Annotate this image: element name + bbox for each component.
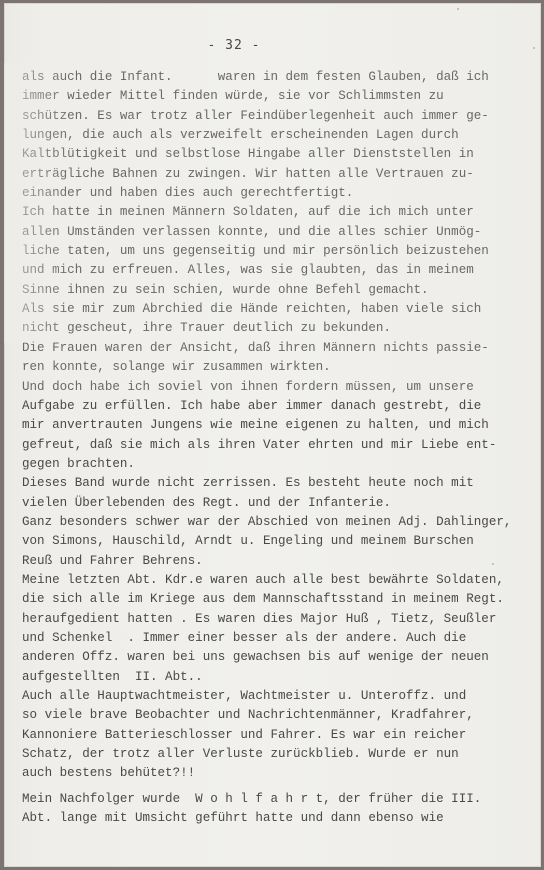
text-line: Ganz besonders schwer war der Abschied v… bbox=[22, 513, 532, 532]
text-line: erträgliche Bahnen zu zwingen. Wir hatte… bbox=[22, 165, 532, 184]
text-line: nicht gescheut, ihre Trauer deutlich zu … bbox=[22, 319, 532, 338]
text-line: Die Frauen waren der Ansicht, daß ihren … bbox=[22, 339, 532, 358]
text-line: Auch alle Hauptwachtmeister, Wachtmeiste… bbox=[22, 687, 532, 706]
text-line: Sinne ihnen zu sein schien, wurde ohne B… bbox=[22, 281, 532, 300]
text-line: aufgestellten II. Abt.. bbox=[22, 668, 532, 687]
text-line: mir anvertrauten Jungens wie meine eigen… bbox=[22, 416, 532, 435]
text-line: Reuß und Fahrer Behrens. bbox=[22, 552, 532, 571]
text-line: gegen brachten. bbox=[22, 455, 532, 474]
text-line: Mein Nachfolger wurde W o h l f a h r t,… bbox=[22, 790, 532, 809]
text-line: Als sie mir zum Abrchied die Hände reich… bbox=[22, 300, 532, 319]
text-line: ren konnte, solange wir zusammen wirkten… bbox=[22, 358, 532, 377]
text-line: so viele brave Beobachter und Nachrichte… bbox=[22, 706, 532, 725]
text-line: Meine letzten Abt. Kdr.e waren auch alle… bbox=[22, 571, 532, 590]
text-line: als auch die Infant. waren in dem festen… bbox=[22, 68, 532, 87]
text-line: einander und haben dies auch gerechtfert… bbox=[22, 184, 532, 203]
text-line: Kannoniere Batterieschlosser und Fahrer.… bbox=[22, 726, 532, 745]
text-line: vielen Überlebenden des Regt. und der In… bbox=[22, 494, 532, 513]
text-line: Aufgabe zu erfüllen. Ich habe aber immer… bbox=[22, 397, 532, 416]
text-line: Schatz, der trotz aller Verluste zurückb… bbox=[22, 745, 532, 764]
page-number: - 32 - bbox=[4, 38, 464, 53]
text-line: immer wieder Mittel finden würde, sie vo… bbox=[22, 87, 532, 106]
text-line: Und doch habe ich soviel von ihnen forde… bbox=[22, 378, 532, 397]
text-line: und mich zu erfreuen. Alles, was sie gla… bbox=[22, 261, 532, 280]
text-line: gefreut, daß sie mich als ihren Vater eh… bbox=[22, 436, 532, 455]
text-line: Kaltblütigkeit und selbstlose Hingabe al… bbox=[22, 145, 532, 164]
paper-speck bbox=[492, 563, 494, 565]
typewritten-body: als auch die Infant. waren in dem festen… bbox=[22, 68, 532, 828]
text-line: schützen. Es war trotz aller Feindüberle… bbox=[22, 107, 532, 126]
document-page: - 32 - als auch die Infant. waren in dem… bbox=[4, 3, 541, 867]
text-line: heraufgedient hatten . Es waren dies Maj… bbox=[22, 610, 532, 629]
text-line: von Simons, Hauschild, Arndt u. Engeling… bbox=[22, 532, 532, 551]
text-line: Dieses Band wurde nicht zerrissen. Es be… bbox=[22, 474, 532, 493]
text-line: liche taten, um uns gegenseitig und mir … bbox=[22, 242, 532, 261]
text-line: lungen, die auch als verzweifelt erschei… bbox=[22, 126, 532, 145]
text-line: allen Umständen verlassen konnte, und di… bbox=[22, 223, 532, 242]
text-line: die sich alle im Kriege aus dem Mannscha… bbox=[22, 590, 532, 609]
text-line: auch bestens behütet?!! bbox=[22, 764, 532, 783]
text-line: Abt. lange mit Umsicht geführt hatte und… bbox=[22, 809, 532, 828]
paper-speck bbox=[457, 8, 459, 10]
text-line: Ich hatte in meinen Männern Soldaten, au… bbox=[22, 203, 532, 222]
paper-speck bbox=[533, 47, 535, 49]
text-line: und Schenkel . Immer einer besser als de… bbox=[22, 629, 532, 648]
text-line: anderen Offz. waren bei uns gewachsen bi… bbox=[22, 648, 532, 667]
